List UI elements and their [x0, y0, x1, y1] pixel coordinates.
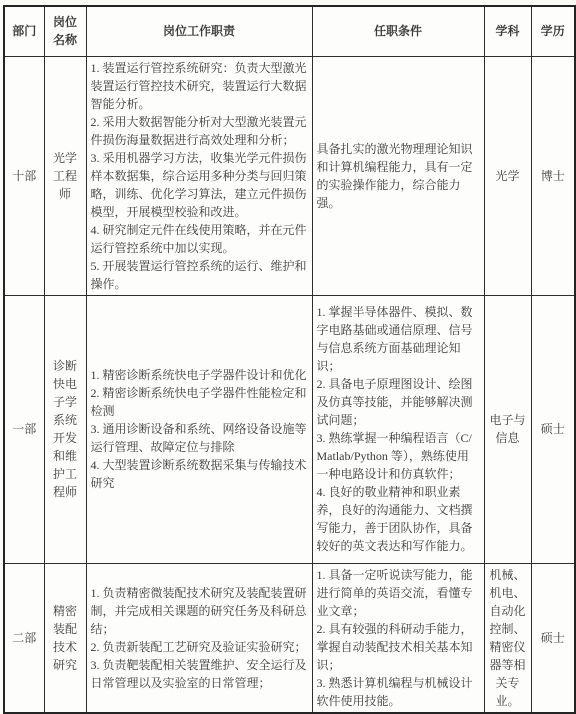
header-discipline: 学科 [484, 6, 531, 56]
row3-department-cell: 二部 [4, 563, 44, 713]
row3-duties-cell: 1. 负责精密微装配技术研究及装配装置研制，并完成相关课题的研究任务及科研总结；… [86, 563, 312, 713]
row2-requirements-cell: 1. 掌握半导体器件、模拟、数字电路基础或通信原理、信号与信息系统方面基础理论知… [312, 295, 484, 563]
row1-department-cell: 十部 [4, 56, 44, 295]
row3-requirements-cell: 1. 具备一定听说读写能力，能进行简单的英语交流，看懂专业文章； 2. 具有较强… [312, 563, 484, 713]
header-duties: 岗位工作职责 [86, 6, 312, 56]
row2-department-cell: 一部 [4, 295, 44, 563]
header-position: 岗位名称 [44, 6, 86, 56]
header-degree: 学历 [531, 6, 575, 56]
row3-degree-cell: 硕士 [531, 563, 575, 713]
row1-discipline-cell: 光学 [484, 56, 531, 295]
row3-discipline-cell: 机械、机电、自动化控制、精密仪器等相关专业。 [484, 563, 531, 713]
row1-requirements-cell: 具备扎实的激光物理理论知识和计算机编程能力，具有一定的实验操作能力，综合能力强。 [312, 56, 484, 295]
table-row: 十部 光学工程师 1. 装置运行管控系统研究：负责大型激光装置运行管控技术研究，… [4, 56, 575, 295]
row1-duties-cell: 1. 装置运行管控系统研究：负责大型激光装置运行管控技术研究，装置运行大数据智能… [86, 56, 312, 295]
positions-table: 部门 岗位名称 岗位工作职责 任职条件 学科 学历 十部 光学工程师 1. 装置… [3, 5, 576, 714]
table-header-row: 部门 岗位名称 岗位工作职责 任职条件 学科 学历 [4, 6, 575, 56]
table-row: 二部 精密装配技术研究 1. 负责精密微装配技术研究及装配装置研制，并完成相关课… [4, 563, 575, 713]
row2-discipline-cell: 电子与信息 [484, 295, 531, 563]
row2-duties-cell: 1. 精密诊断系统快电子学器件设计和优化 2. 精密诊断系统快电子学器件性能检定… [86, 295, 312, 563]
table-row: 一部 诊断快电子学系统开发和维护工程师 1. 精密诊断系统快电子学器件设计和优化… [4, 295, 575, 563]
header-requirements: 任职条件 [312, 6, 484, 56]
header-department: 部门 [4, 6, 44, 56]
row1-degree-cell: 博士 [531, 56, 575, 295]
row1-position-cell: 光学工程师 [44, 56, 86, 295]
row2-degree-cell: 硕士 [531, 295, 575, 563]
row2-position-cell: 诊断快电子学系统开发和维护工程师 [44, 295, 86, 563]
row3-position-cell: 精密装配技术研究 [44, 563, 86, 713]
